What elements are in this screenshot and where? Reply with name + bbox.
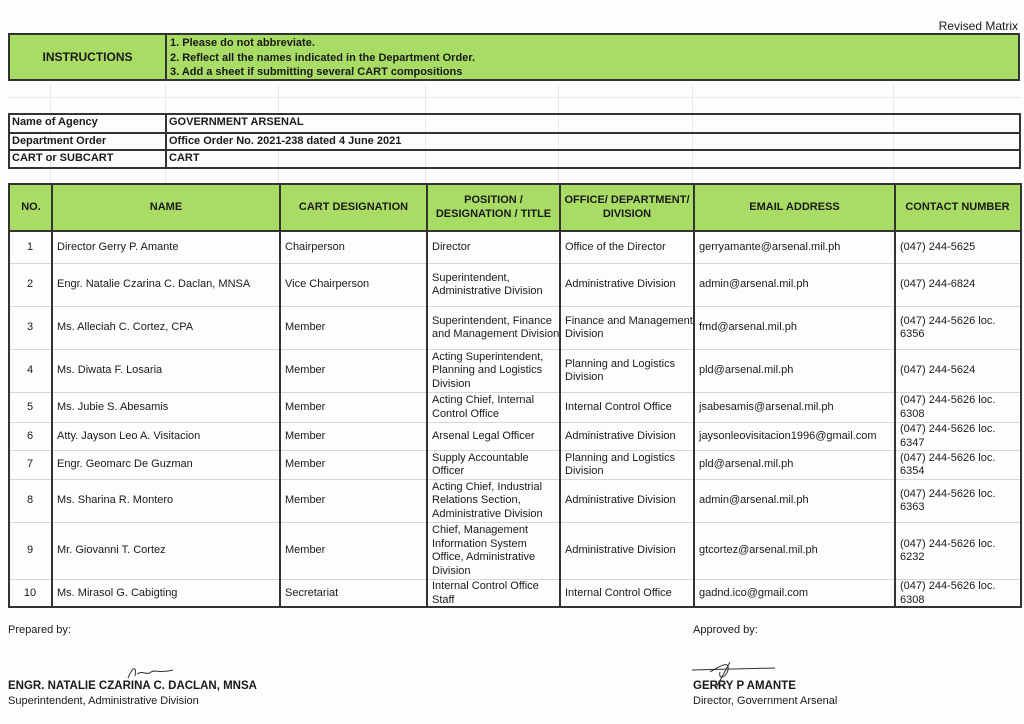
cell-position: Director (429, 232, 560, 263)
cart-type-value: CART (169, 152, 200, 164)
cell-name: Ms. Diwata F. Losaria (54, 350, 280, 392)
cell-position: Supply Accountable Officer (429, 451, 560, 479)
approved-by-title: Director, Government Arsenal (693, 695, 837, 707)
cell-cart-designation: Vice Chairperson (282, 264, 427, 306)
column-header-contact: CONTACT NUMBER (895, 185, 1020, 230)
department-order-value: Office Order No. 2021-238 dated 4 June 2… (169, 135, 401, 147)
instruction-item: 1. Please do not abbreviate. (170, 36, 475, 51)
cell-position: Acting Chief, Internal Control Office (429, 393, 560, 422)
table-header: NO.NAMECART DESIGNATIONPOSITION / DESIGN… (10, 185, 1020, 232)
agency-value: GOVERNMENT ARSENAL (169, 116, 304, 128)
cell-office: Finance and Management Division (562, 307, 694, 349)
cell-office: Administrative Division (562, 480, 694, 522)
column-divider (279, 185, 281, 606)
prepared-by-label: Prepared by: (8, 624, 71, 636)
cell-name: Ms. Alleciah C. Cortez, CPA (54, 307, 280, 349)
instructions-box: INSTRUCTIONS 1. Please do not abbreviate… (8, 33, 1020, 81)
table-row: 9Mr. Giovanni T. CortezMemberChief, Mana… (10, 522, 1020, 579)
prepared-by-title: Superintendent, Administrative Division (8, 695, 199, 707)
column-header-office: OFFICE/ DEPARTMENT/ DIVISION (560, 185, 694, 230)
cell-cart-designation: Member (282, 350, 427, 392)
cell-contact: (047) 244-5626 loc. 6356 (897, 307, 1020, 349)
cell-cart-designation: Member (282, 307, 427, 349)
grid-line (8, 97, 1022, 98)
cell-contact: (047) 244-5625 (897, 232, 1020, 263)
cell-no: 3 (10, 307, 50, 349)
cell-name: Director Gerry P. Amante (54, 232, 280, 263)
cell-no: 2 (10, 264, 50, 306)
table-row: 2Engr. Natalie Czarina C. Daclan, MNSAVi… (10, 263, 1020, 306)
cell-contact: (047) 244-5626 loc. 6363 (897, 480, 1020, 522)
table-row: 10Ms. Mirasol G. CabigtingSecretariatInt… (10, 579, 1020, 607)
cell-no: 1 (10, 232, 50, 263)
table-row: 7Engr. Geomarc De GuzmanMemberSupply Acc… (10, 450, 1020, 479)
cell-email: pld@arsenal.mil.ph (696, 451, 895, 479)
cell-cart-designation: Member (282, 393, 427, 422)
cell-office: Internal Control Office (562, 393, 694, 422)
table-row: 8Ms. Sharina R. MonteroMemberActing Chie… (10, 479, 1020, 522)
cell-email: jaysonleovisitacion1996@gmail.com (696, 423, 895, 450)
column-header-email: EMAIL ADDRESS (694, 185, 895, 230)
approved-by-name: GERRY P AMANTE (693, 680, 796, 692)
table-row: 5Ms. Jubie S. AbesamisMemberActing Chief… (10, 392, 1020, 422)
cart-type-label: CART or SUBCART (12, 152, 113, 164)
cell-email: fmd@arsenal.mil.ph (696, 307, 895, 349)
cell-name: Mr. Giovanni T. Cortez (54, 523, 280, 579)
cell-no: 6 (10, 423, 50, 450)
cell-email: jsabesamis@arsenal.mil.ph (696, 393, 895, 422)
cell-cart-designation: Member (282, 523, 427, 579)
instructions-label: INSTRUCTIONS (10, 35, 167, 79)
agency-row-name: Name of Agency GOVERNMENT ARSENAL (10, 115, 1019, 132)
cell-office: Planning and Logistics Division (562, 350, 694, 392)
cell-email: gtcortez@arsenal.mil.ph (696, 523, 895, 579)
cell-email: admin@arsenal.mil.ph (696, 264, 895, 306)
cell-position: Superintendent, Finance and Management D… (429, 307, 560, 349)
cell-contact: (047) 244-6824 (897, 264, 1020, 306)
table-row: 4Ms. Diwata F. LosariaMemberActing Super… (10, 349, 1020, 392)
cell-office: Internal Control Office (562, 580, 694, 607)
cell-cart-designation: Member (282, 480, 427, 522)
cell-no: 7 (10, 451, 50, 479)
column-divider (426, 185, 428, 606)
cell-cart-designation: Member (282, 423, 427, 450)
signature-icon (125, 664, 175, 680)
column-header-no: NO. (10, 185, 52, 230)
cell-no: 9 (10, 523, 50, 579)
agency-label: Name of Agency (12, 116, 98, 128)
approved-by-label: Approved by: (693, 624, 758, 636)
cell-office: Administrative Division (562, 264, 694, 306)
column-divider (559, 185, 561, 606)
revised-matrix-label: Revised Matrix (939, 19, 1018, 33)
column-header-name: NAME (52, 185, 280, 230)
cell-no: 5 (10, 393, 50, 422)
cell-name: Engr. Natalie Czarina C. Daclan, MNSA (54, 264, 280, 306)
cell-contact: (047) 244-5626 loc. 6308 (897, 580, 1020, 607)
cell-cart-designation: Secretariat (282, 580, 427, 607)
agency-row-cart: CART or SUBCART CART (10, 149, 1019, 168)
cell-cart-designation: Chairperson (282, 232, 427, 263)
column-divider (51, 185, 53, 606)
table-row: 3Ms. Alleciah C. Cortez, CPAMemberSuperi… (10, 306, 1020, 349)
instructions-list: 1. Please do not abbreviate. 2. Reflect … (170, 36, 475, 80)
column-divider (894, 185, 896, 606)
instruction-item: 2. Reflect all the names indicated in th… (170, 51, 475, 66)
cell-position: Arsenal Legal Officer (429, 423, 560, 450)
cell-contact: (047) 244-5626 loc. 6308 (897, 393, 1020, 422)
cell-no: 4 (10, 350, 50, 392)
cell-name: Ms. Jubie S. Abesamis (54, 393, 280, 422)
cell-office: Office of the Director (562, 232, 694, 263)
column-divider (693, 185, 695, 606)
table-row: 1Director Gerry P. AmanteChairpersonDire… (10, 232, 1020, 263)
cell-position: Superintendent, Administrative Division (429, 264, 560, 306)
cell-name: Engr. Geomarc De Guzman (54, 451, 280, 479)
cell-position: Chief, Management Information System Off… (429, 523, 560, 579)
cell-email: gadnd.ico@gmail.com (696, 580, 895, 607)
column-header-position: POSITION / DESIGNATION / TITLE (427, 185, 560, 230)
prepared-by-name: ENGR. NATALIE CZARINA C. DACLAN, MNSA (8, 680, 257, 692)
cell-contact: (047) 244-5624 (897, 350, 1020, 392)
agency-info-table: Name of Agency GOVERNMENT ARSENAL Depart… (8, 113, 1021, 169)
cell-contact: (047) 244-5626 loc. 6347 (897, 423, 1020, 450)
cell-contact: (047) 244-5626 loc. 6354 (897, 451, 1020, 479)
cart-members-table: NO.NAMECART DESIGNATIONPOSITION / DESIGN… (8, 183, 1022, 608)
cell-email: gerryamante@arsenal.mil.ph (696, 232, 895, 263)
cell-position: Acting Chief, Industrial Relations Secti… (429, 480, 560, 522)
cell-name: Ms. Sharina R. Montero (54, 480, 280, 522)
cell-office: Administrative Division (562, 523, 694, 579)
cell-no: 8 (10, 480, 50, 522)
cell-position: Internal Control Office Staff (429, 580, 560, 607)
cell-contact: (047) 244-5626 loc. 6232 (897, 523, 1020, 579)
cell-name: Ms. Mirasol G. Cabigting (54, 580, 280, 607)
cell-position: Acting Superintendent, Planning and Logi… (429, 350, 560, 392)
cell-office: Administrative Division (562, 423, 694, 450)
cell-name: Atty. Jayson Leo A. Visitacion (54, 423, 280, 450)
cell-office: Planning and Logistics Division (562, 451, 694, 479)
cell-email: pld@arsenal.mil.ph (696, 350, 895, 392)
table-row: 6Atty. Jayson Leo A. VisitacionMemberArs… (10, 422, 1020, 450)
cell-cart-designation: Member (282, 451, 427, 479)
department-order-label: Department Order (12, 135, 106, 147)
instruction-item: 3. Add a sheet if submitting several CAR… (170, 65, 475, 80)
cell-email: admin@arsenal.mil.ph (696, 480, 895, 522)
cell-no: 10 (10, 580, 50, 607)
column-header-cart-designation: CART DESIGNATION (280, 185, 427, 230)
